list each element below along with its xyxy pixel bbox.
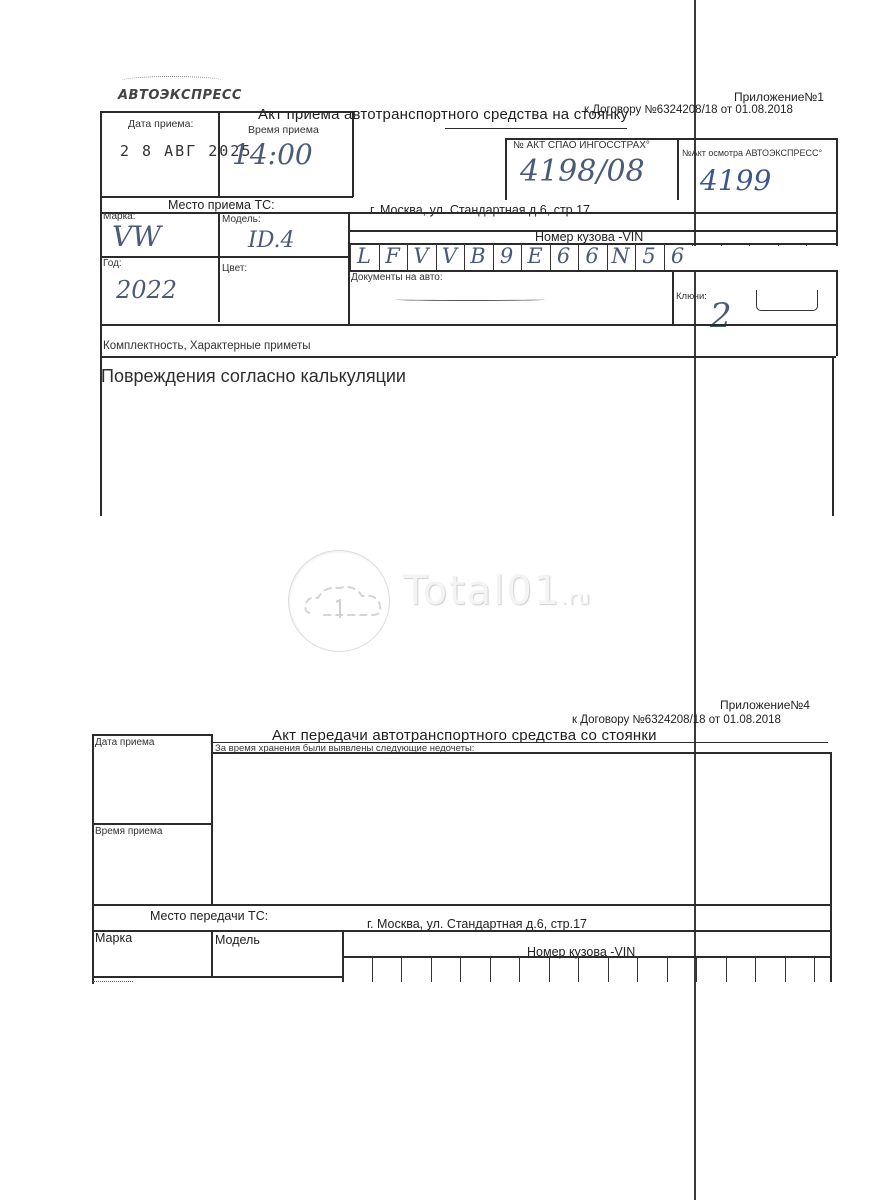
release-place-value: г. Москва, ул. Стандартная д.6, стр.17 <box>367 917 587 931</box>
page-fold-line <box>694 0 696 1200</box>
vin-cell-divider <box>755 956 756 982</box>
autoexpress-act-value[interactable]: 4199 <box>700 164 771 197</box>
vin-cell-divider <box>726 956 727 982</box>
keys-label: Ключи: <box>676 291 707 302</box>
logo-arc-icon <box>122 76 222 85</box>
time-value[interactable]: 14:00 <box>232 138 313 171</box>
contract-reference-4: к Договору №6324208/18 от 01.08.2018 <box>572 714 781 726</box>
model-label: Модель: <box>222 214 261 225</box>
equipment-label: Комплектность, Характерные приметы <box>103 340 311 352</box>
vin-char[interactable]: 6 <box>665 240 691 272</box>
vin-char[interactable]: 5 <box>636 240 662 272</box>
vin-char[interactable]: V <box>437 240 463 272</box>
annex-number: Приложение№1 <box>734 90 824 104</box>
year-value[interactable]: 2022 <box>116 276 177 304</box>
vin-cell-divider <box>549 956 550 982</box>
docs-label: Документы на авто: <box>351 272 443 283</box>
model-value[interactable]: ID.4 <box>248 228 295 253</box>
ingos-act-value[interactable]: 4198/08 <box>520 154 645 189</box>
vin-char[interactable]: V <box>408 240 434 272</box>
year-label: Год: <box>103 258 122 269</box>
release-brand-label: Марка <box>95 931 132 945</box>
watermark-text: Total01.ru <box>403 568 592 614</box>
keys-value[interactable]: 2 <box>710 296 732 336</box>
brand-value[interactable]: VW <box>112 220 161 253</box>
vin-cell-divider <box>342 956 343 982</box>
vin-cell-divider <box>667 956 668 982</box>
vin-cell-divider <box>460 956 461 982</box>
keys-extra-bracket <box>756 290 818 311</box>
release-model-label: Модель <box>215 933 260 947</box>
vin-char[interactable]: F <box>380 240 406 272</box>
vin-char[interactable]: E <box>522 240 548 272</box>
vin-cell-divider <box>608 956 609 982</box>
cut-edge <box>93 981 133 982</box>
equipment-value[interactable]: Повреждения согласно калькуляции <box>101 366 406 387</box>
vin-char[interactable]: 6 <box>579 240 605 272</box>
act-title: Акт приема автотранспортного средства на… <box>258 106 628 123</box>
vin-char[interactable]: 6 <box>551 240 577 272</box>
vin-char[interactable]: N <box>608 240 634 272</box>
docs-dash-line <box>395 298 545 301</box>
autoexpress-act-label: №Акт осмотра АВТОЭКСПРЕСС° <box>682 148 822 158</box>
car-cloud-icon <box>300 578 390 628</box>
vin-char[interactable]: L <box>351 240 377 272</box>
vin-cell-divider <box>814 956 815 982</box>
release-place-label: Место передачи ТС: <box>150 909 268 923</box>
vin-cell-divider <box>696 956 697 982</box>
autoexpress-logo: АВТОЭКСПРЕСС <box>118 88 242 103</box>
vin-cell-divider <box>431 956 432 982</box>
vin-cell-divider <box>785 956 786 982</box>
place-value: г. Москва, ул. Стандартная д.6, стр.17 <box>370 203 590 217</box>
vin-cell-divider <box>401 956 402 982</box>
vin-cell-divider <box>372 956 373 982</box>
watermark: Total01.ru <box>288 550 608 660</box>
annex-number-4: Приложение№4 <box>720 698 810 712</box>
vin-char[interactable]: 9 <box>494 240 520 272</box>
color-label: Цвет: <box>222 263 247 274</box>
vin-cell-divider <box>490 956 491 982</box>
date-label: Дата приема: <box>128 118 193 130</box>
vin-cell-divider <box>519 956 520 982</box>
release-time-label: Время приема <box>95 826 162 837</box>
time-label: Время приема <box>248 124 319 136</box>
ingos-act-label: № АКТ СПАО ИНГОССТРАХ° <box>513 140 650 151</box>
vin-cell-divider <box>578 956 579 982</box>
vin-char[interactable]: B <box>465 240 491 272</box>
place-label: Место приема ТС: <box>168 198 275 212</box>
defects-label: За время хранения были выявлены следующи… <box>215 743 474 754</box>
vin-cell-divider <box>637 956 638 982</box>
release-date-label: Дата приема <box>95 737 154 748</box>
